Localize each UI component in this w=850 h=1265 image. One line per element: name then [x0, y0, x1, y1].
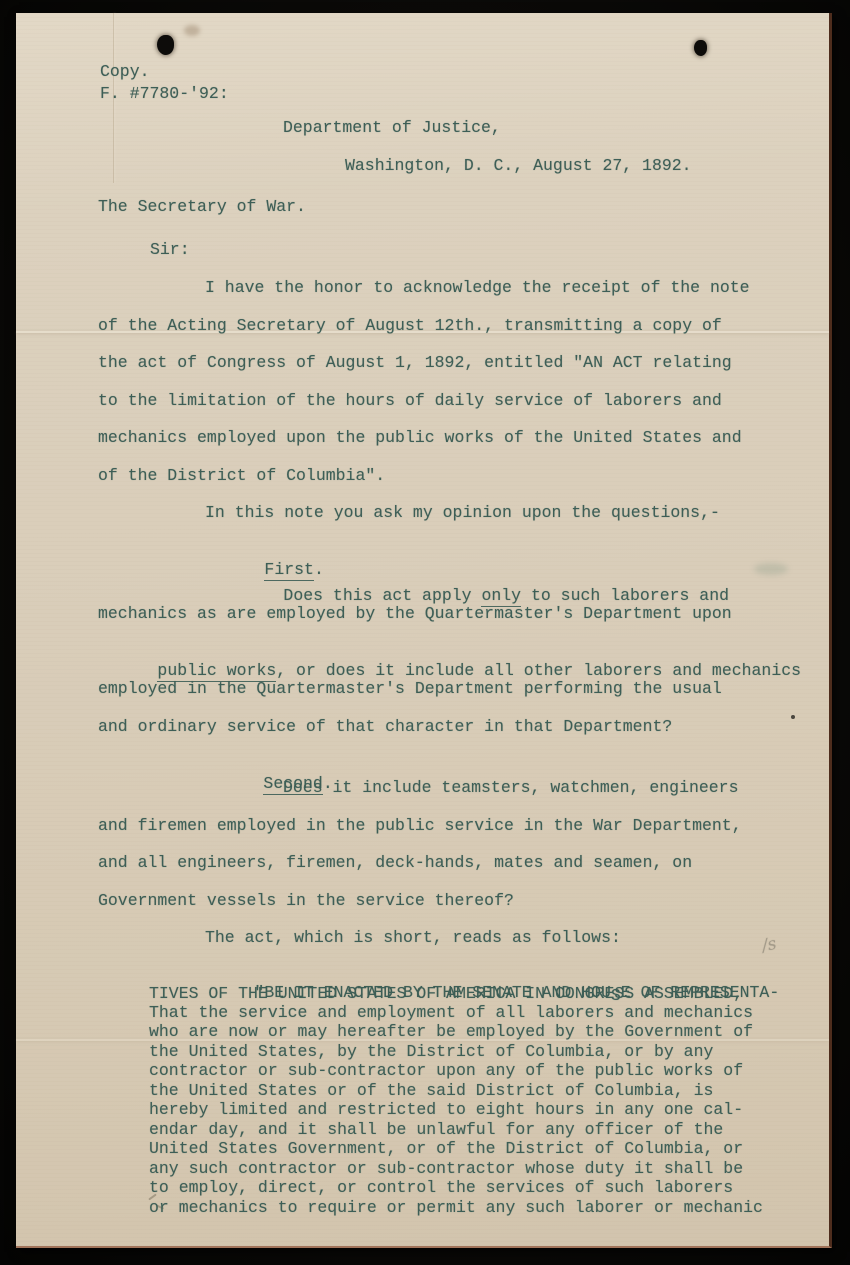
act-quote-line: the United States or of the said Distric…: [149, 1081, 713, 1101]
body-line: employed in the Quartermaster's Departme…: [98, 679, 722, 699]
act-quote-line: any such contractor or sub-contractor wh…: [149, 1159, 743, 1179]
punch-hole-right: [694, 40, 707, 56]
body-line: The act, which is short, reads as follow…: [205, 928, 621, 948]
file-number: F. #7780-'92:: [100, 84, 229, 104]
body-line: I have the honor to acknowledge the rece…: [205, 278, 750, 298]
photo-background: /s Copy. F. #7780-'92: Department of Jus…: [0, 0, 850, 1265]
body-line: and ordinary service of that character i…: [98, 717, 672, 737]
body-line: to the limitation of the hours of daily …: [98, 391, 722, 411]
act-quote-line: United States Government, or of the Dist…: [149, 1139, 743, 1159]
body-line: of the Acting Secretary of August 12th.,…: [98, 316, 722, 336]
act-quote-line: TIVES OF THE UNITED STATES OF AMERICA IN…: [149, 984, 743, 1004]
act-quote-line: or mechanics to require or permit any su…: [149, 1198, 763, 1218]
body-line: the act of Congress of August 1, 1892, e…: [98, 353, 732, 373]
body-line: and firemen employed in the public servi…: [98, 816, 742, 836]
dateline: Washington, D. C., August 27, 1892.: [345, 156, 692, 176]
act-quote-line: endar day, and it shall be unlawful for …: [149, 1120, 723, 1140]
organization-line: Department of Justice,: [283, 118, 501, 138]
body-line: mechanics as are employed by the Quarter…: [98, 604, 732, 624]
addressee-line: The Secretary of War.: [98, 197, 306, 217]
smudge-stain: [184, 25, 200, 36]
act-quote-line: That the service and employment of all l…: [149, 1003, 753, 1023]
body-line: mechanics employed upon the public works…: [98, 428, 742, 448]
punch-hole-left: [157, 35, 174, 55]
ink-speck: [791, 715, 795, 719]
act-quote-line: the United States, by the District of Co…: [149, 1042, 713, 1062]
body-line: Does it include teamsters, watchmen, eng…: [283, 778, 738, 798]
act-quote-line: hereby limited and restricted to eight h…: [149, 1100, 743, 1120]
act-quote-line: who are now or may hereafter be employed…: [149, 1022, 753, 1042]
pencil-annotation: /s: [760, 934, 778, 957]
body-line: and all engineers, firemen, deck-hands, …: [98, 853, 692, 873]
ink-smudge: [754, 563, 788, 575]
act-quote-line: contractor or sub-contractor upon any of…: [149, 1061, 743, 1081]
text-segment: Does this act apply: [283, 586, 481, 605]
body-line: Government vessels in the service thereo…: [98, 891, 514, 911]
salutation-line: Sir:: [150, 240, 190, 260]
document-page: /s Copy. F. #7780-'92: Department of Jus…: [16, 13, 832, 1248]
text-segment: , or does it include all other laborers …: [276, 661, 801, 680]
copy-label: Copy.: [100, 62, 150, 82]
body-line: of the District of Columbia".: [98, 466, 385, 486]
act-quote-line: to employ, direct, or control the servic…: [149, 1178, 733, 1198]
text-segment: to such laborers and: [521, 586, 729, 605]
body-line: In this note you ask my opinion upon the…: [205, 503, 720, 523]
